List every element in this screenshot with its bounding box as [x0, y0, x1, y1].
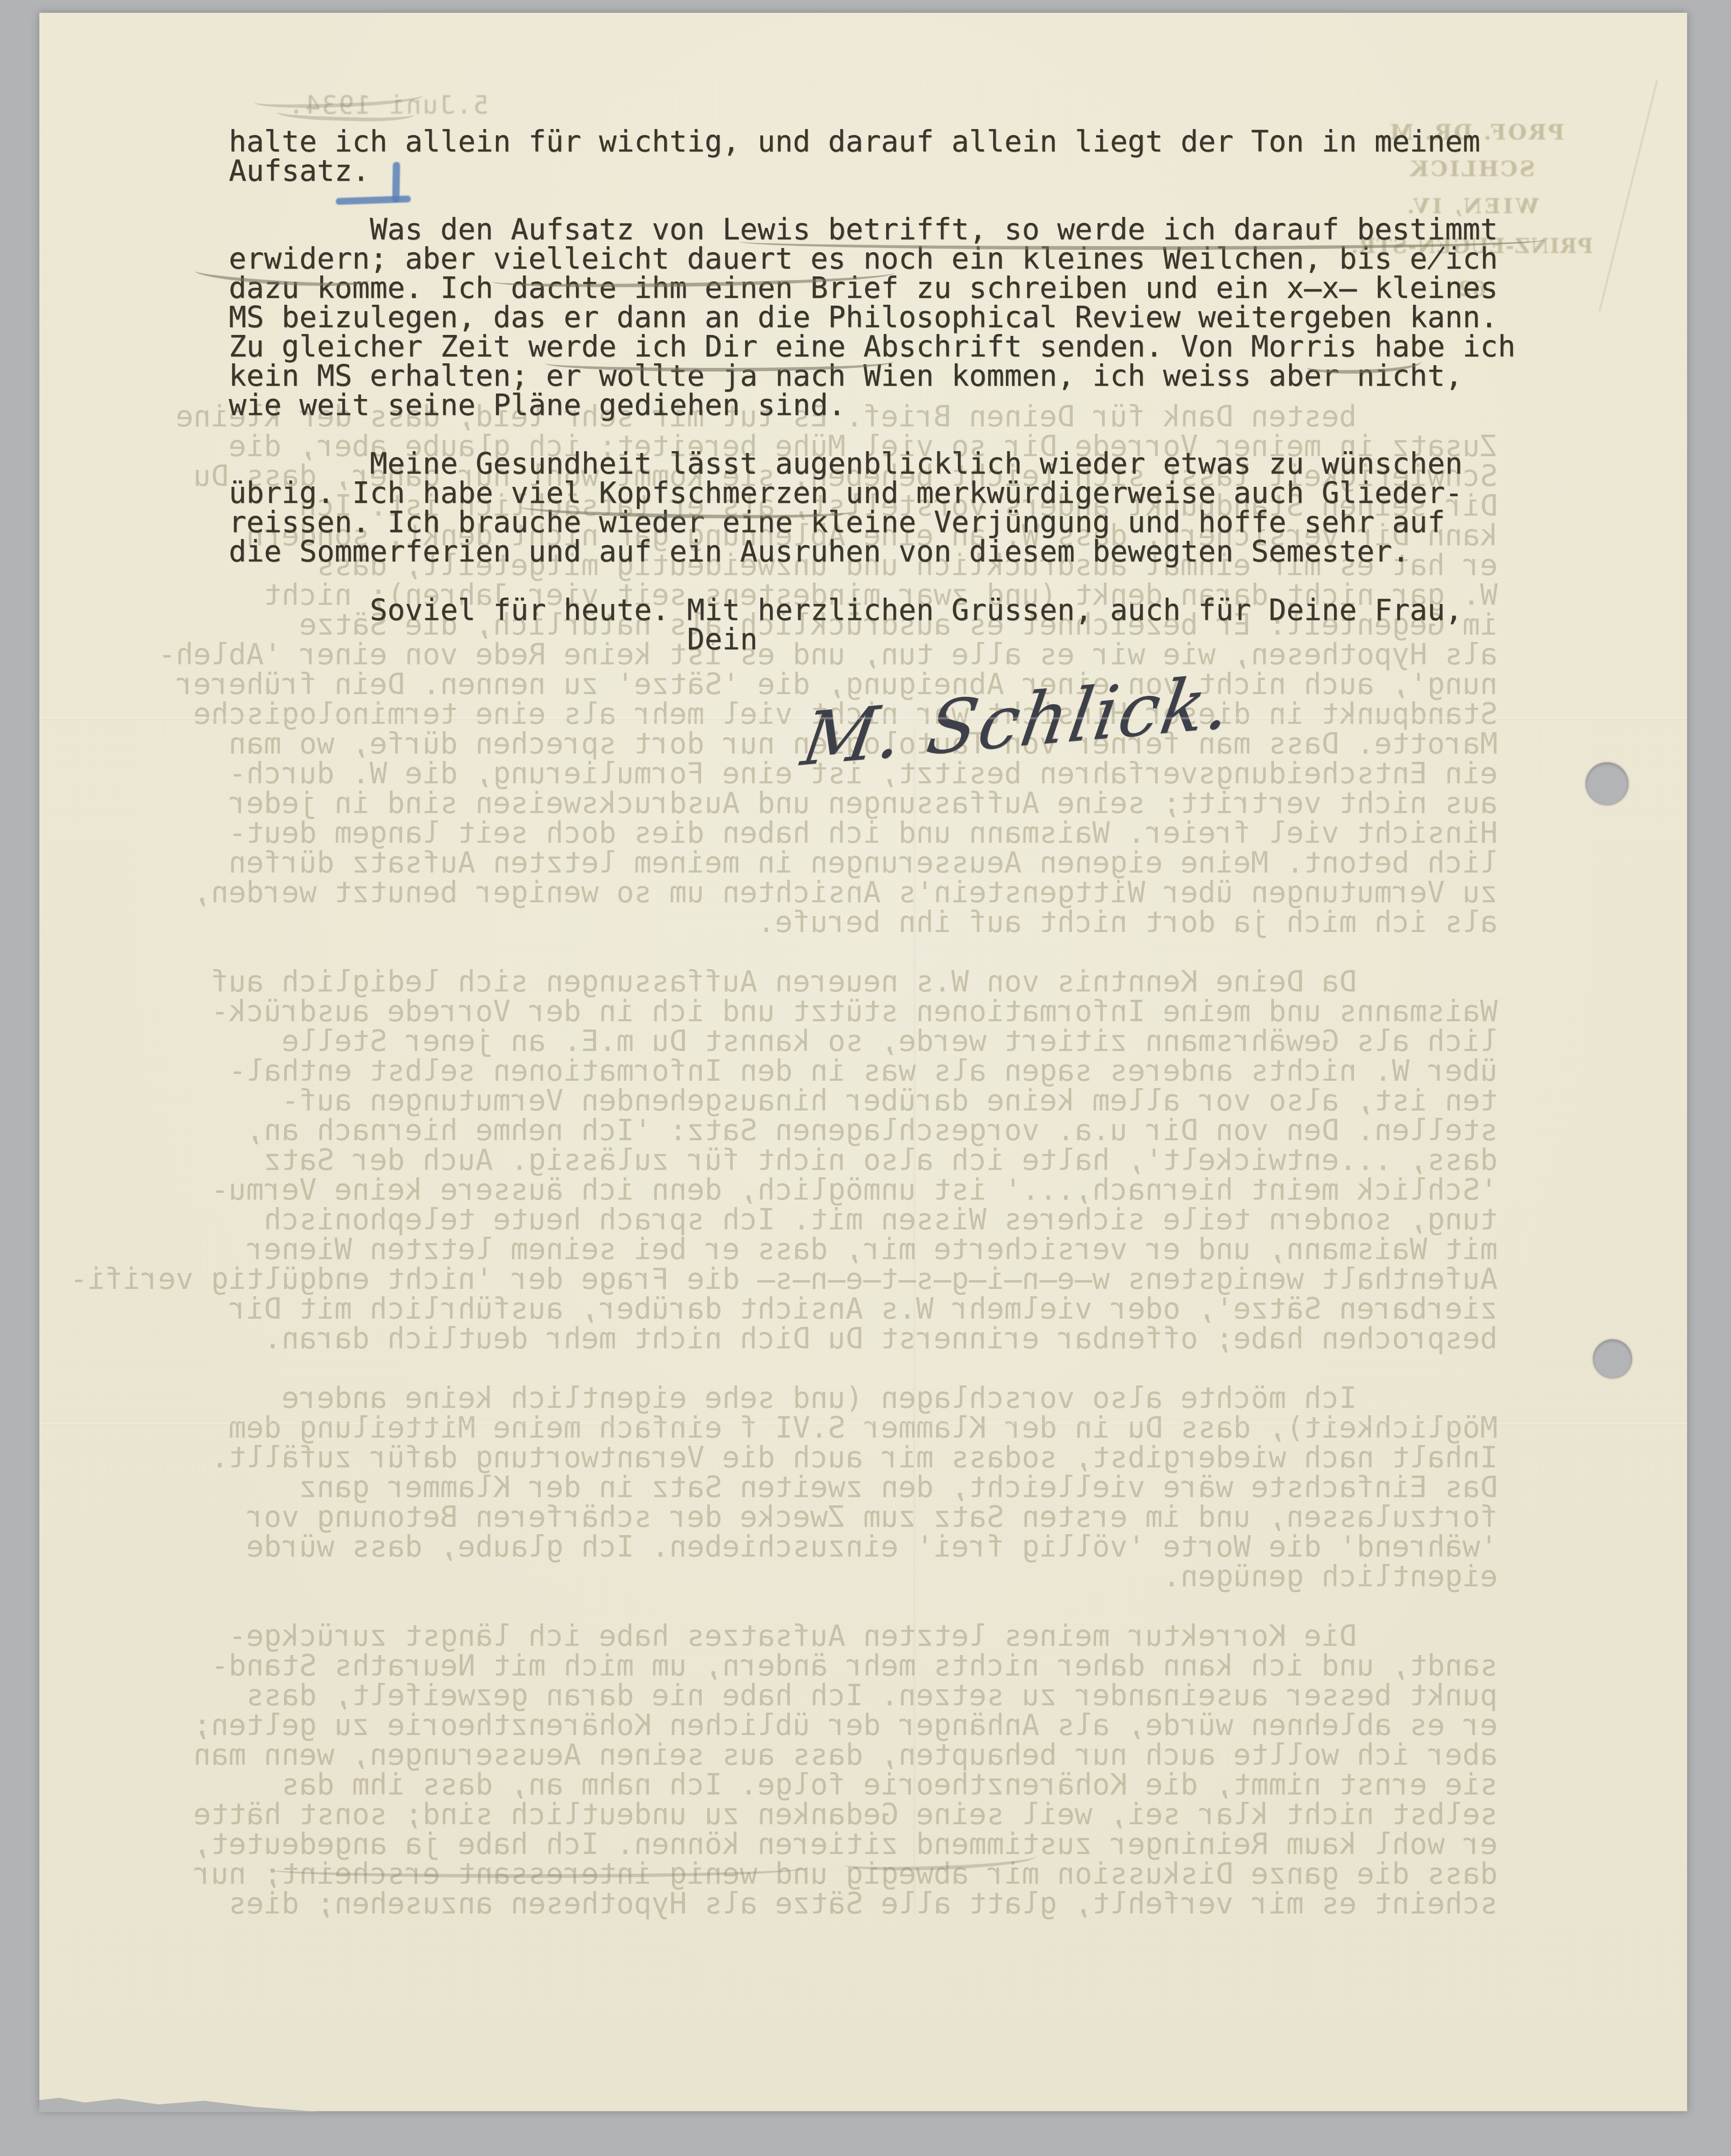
bleedthrough-line: besprochen habe; offenbar erinnerst Du D… — [230, 1324, 1498, 1353]
bleedthrough-line: lich betont. Meine eigenen Aeusserungen … — [230, 848, 1498, 878]
bleedthrough-line: als ich mich ja dort nicht auf ihn beruf… — [230, 908, 1498, 937]
torn-bottom-edge — [39, 2094, 323, 2112]
fold-crease — [39, 1423, 1687, 1425]
bleedthrough-line: fortzulassen, und im ersten Satz zum Zwe… — [230, 1503, 1498, 1532]
bleedthrough-line: ten ist, also vor allem keine darüber hi… — [230, 1086, 1498, 1116]
bleedthrough-line: aber ich wollte auch nur behaupten, dass… — [230, 1741, 1498, 1770]
bleedthrough-line: aus nicht vertritt; seine Auffassungen u… — [230, 789, 1498, 818]
bleedthrough-line: über W. nichts anderes sagen als was in … — [230, 1056, 1498, 1086]
bleedthrough-line: scheint es mir verfehlt, glatt alle Sätz… — [230, 1889, 1498, 1919]
bleedthrough-line: er es ablehnen würde, als Anhänger der ü… — [230, 1711, 1498, 1740]
bleedthrough-line: er wohl kaum Reininger zustimmend zitier… — [230, 1830, 1498, 1859]
bleedthrough-line: Das Einfachste wäre vielleicht, den zwei… — [230, 1473, 1498, 1502]
fold-crease — [39, 717, 1687, 720]
bleedthrough-line: Möglichkeit), dass Du in der Klammer S.V… — [230, 1413, 1498, 1443]
bleedthrough-line: lich als Gewährsmann zitiert werde, so k… — [230, 1027, 1498, 1056]
bleedthrough-line: mit Waismann, und er versicherte mir, da… — [230, 1235, 1498, 1264]
bleedthrough-line: zu Vermutungen über Wittgenstein's Ansic… — [230, 878, 1498, 907]
hole-punch — [1593, 1339, 1632, 1379]
bleedthrough-line: Waismanns und meine Informationen stützt… — [230, 997, 1498, 1026]
scratch-crease — [1599, 80, 1658, 311]
bleedthrough-line: Die Korrektur meines letzten Aufsatzes h… — [230, 1622, 1498, 1651]
bleedthrough-line: zierbaren Sätze', oder vielmehr W.s Ansi… — [230, 1294, 1498, 1324]
bleedthrough-line: Hinsicht viel freier. Waismann und ich h… — [230, 819, 1498, 848]
bleedthrough-line: Aufenthalt wenigstens w̶e̶n̶i̶g̶s̶t̶e̶n̶… — [230, 1265, 1498, 1294]
bleedthrough-line: stellen. Den von Dir u.a. vorgeschlagene… — [230, 1116, 1498, 1145]
bleedthrough-line: Da Deine Kenntnis von W.s neueren Auffas… — [230, 967, 1498, 997]
bleedthrough-line: 'während' die Worte 'völlig frei' einzus… — [230, 1532, 1498, 1562]
bleedthrough-line: selbst nicht klar sei, weil seine Gedank… — [230, 1800, 1498, 1829]
bleedthrough-line: Inhalt nach wiedergibst, sodass mir auch… — [230, 1443, 1498, 1472]
bleedthrough-line: sie ernst nimmt, die Kohärenztheorie fol… — [230, 1770, 1498, 1800]
pencil-underline-lewis-bestimmt — [739, 229, 1545, 250]
hole-punch — [1586, 762, 1629, 805]
letter-page: 5.Juni 1934. PROF. DR. M. SCHLICK WIEN, … — [39, 13, 1687, 2111]
bleedthrough-line: Ich möchte also vorschlagen (und sehe ei… — [230, 1384, 1498, 1413]
bleedthrough-line: 'Schlick meint hiernach,...' ist unmögli… — [230, 1175, 1498, 1205]
bleedthrough-line: eigentlich genügen. — [230, 1562, 1498, 1591]
fold-crease-vertical — [914, 727, 916, 1916]
scan-background: { "page": { "kind": "scanned typewritten… — [0, 0, 1731, 2156]
bleedthrough-line: punkt besser auseinander zu setzen. Ich … — [230, 1681, 1498, 1710]
bleedthrough-line: tung, sondern teile sicheres Wissen mit.… — [230, 1205, 1498, 1234]
bleedthrough-line: sandt, und ich kann daher nichts mehr än… — [230, 1651, 1498, 1681]
letter-body: halte ich allein für wichtig, und darauf… — [229, 127, 1516, 654]
bleedthrough-line: dass, ...entwickelt', halte ich also nic… — [230, 1146, 1498, 1175]
